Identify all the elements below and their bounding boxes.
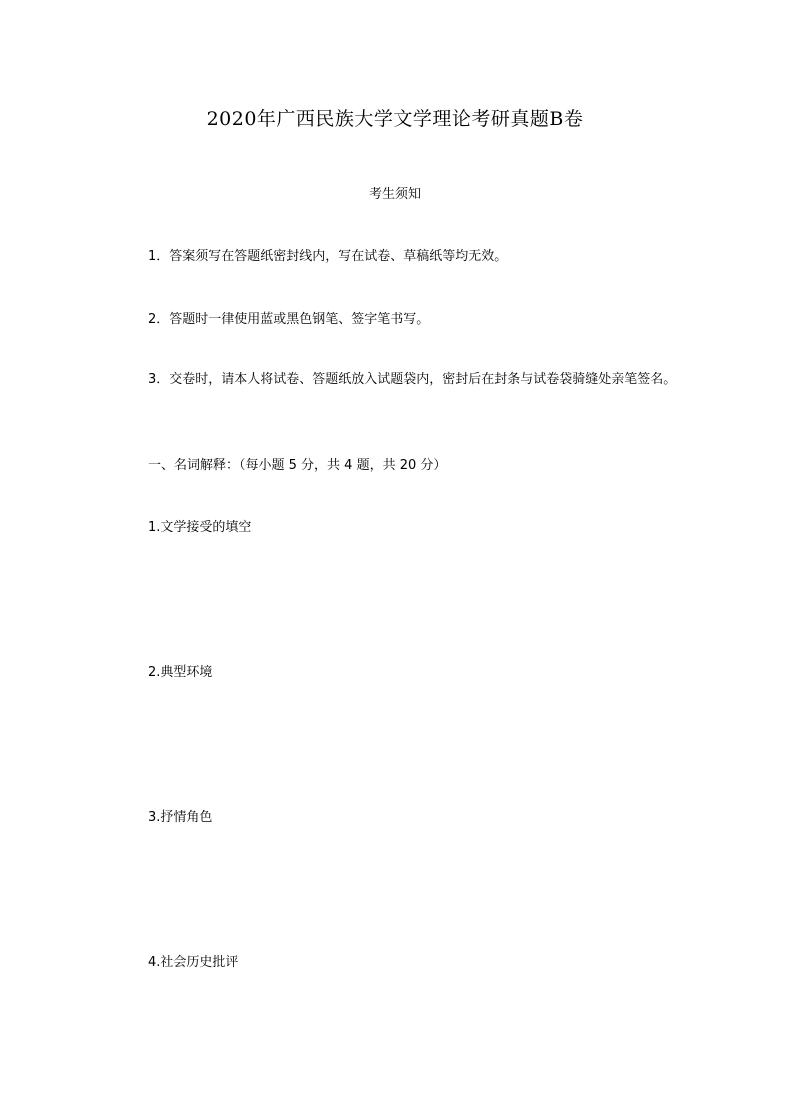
question-4: 4.社会历史批评 xyxy=(148,951,238,970)
page-title: 2020年广西民族大学文学理论考研真题B卷 xyxy=(0,104,790,131)
section-heading: 一、名词解释：（每小题 5 分，共 4 题，共 20 分） xyxy=(148,454,446,473)
notice-heading: 考生须知 xyxy=(0,183,790,202)
question-1: 1.文学接受的填空 xyxy=(148,516,251,535)
instruction-3: 3．交卷时，请本人将试卷、答题纸放入试题袋内，密封后在封条与试卷袋骑缝处亲笔签名… xyxy=(118,370,678,389)
question-2: 2.典型环境 xyxy=(148,661,212,680)
question-3: 3.抒情角色 xyxy=(148,806,212,825)
instruction-2: 2．答题时一律使用蓝或黑色钢笔、签字笔书写。 xyxy=(148,308,429,327)
instruction-1: 1．答案须写在答题纸密封线内，写在试卷、草稿纸等均无效。 xyxy=(148,245,507,264)
